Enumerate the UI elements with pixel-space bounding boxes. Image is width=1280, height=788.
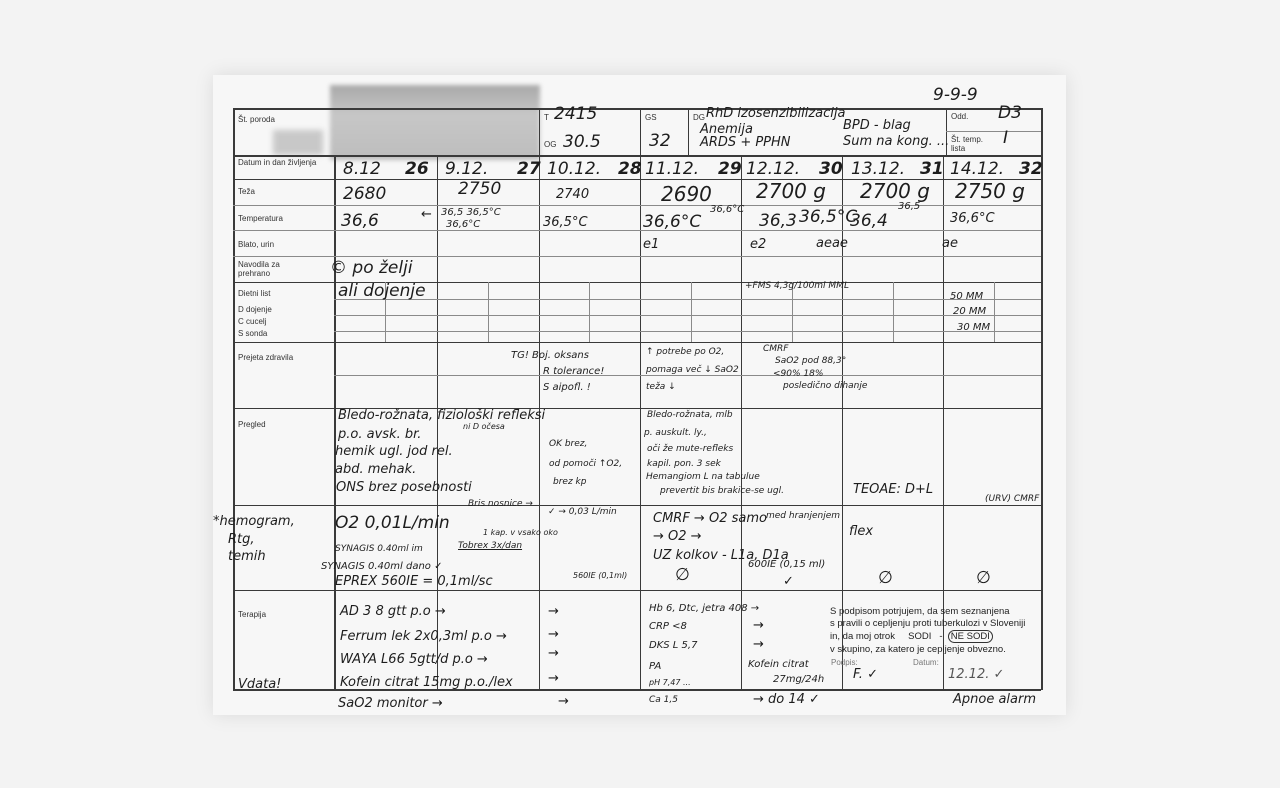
grid-line [334, 315, 1041, 316]
label-st-poroda: Št. poroda [238, 115, 275, 124]
value-odd: D3 [998, 105, 1022, 122]
temp-day-3: 36,5°C [543, 216, 588, 229]
meds-day-5-3: <90% 18% [773, 370, 823, 379]
grid-line [688, 108, 689, 155]
exam-day-4-5: Hemangiom L na tabulue [646, 473, 760, 482]
value-og: 30.5 [563, 134, 601, 151]
label-dietni: Dietni list [238, 289, 270, 298]
temp-day-5: 36,3 [759, 213, 797, 230]
temp-day-4: 36,6°C [643, 214, 701, 231]
diag-label-1: *hemogram, [213, 515, 295, 528]
grid-line [233, 108, 235, 690]
diag-day-6-2: ∅ [878, 570, 893, 587]
stool-day-5: e2 [750, 238, 766, 251]
diag-day-5-2: 600IE (0,15 ml) [748, 560, 825, 570]
grid-line [994, 282, 995, 342]
meds-day-4-1: ↑ potrebe po O2, [646, 348, 724, 357]
exam-day-4-1: Bledo-rožnata, mlb [647, 411, 733, 420]
dg-right-1: BPD - blag [843, 119, 911, 132]
exam-day-4-6: prevertit bis brakice-se ugl. [660, 487, 784, 496]
date-day-5: 12.12. [746, 161, 800, 178]
day-number-1: 26 [405, 161, 429, 178]
therapy-day-4-3: DKS L 5,7 [649, 641, 697, 651]
exam-day-1-1: Bledo-rožnata, fiziološki refleksi [338, 409, 545, 422]
therapy-day-5-1: → [753, 619, 764, 632]
grid-line [233, 256, 1041, 257]
temperature-chart-form: 9-9-9 Št. poroda T 2415 OG 30.5 GS 32 DG… [213, 75, 1066, 715]
temp-arrow: ← [421, 208, 432, 221]
therapy-extra: SaO2 monitor → [338, 697, 443, 710]
dietni-legend-d: D dojenje [238, 305, 272, 314]
diag-day-4-1: CMRF → O2 samo [653, 512, 767, 525]
weight-day-6: 2700 g [860, 181, 930, 201]
diag-day-1-4: EPREX 560IE = 0,1ml/sc [335, 575, 493, 588]
date-day-4: 11.12. [645, 161, 699, 178]
grid-line [334, 155, 336, 689]
diet-day-7-a: 50 MM [950, 292, 983, 302]
bcg-separator: - [939, 631, 942, 642]
weight-day-5: 2700 g [756, 181, 826, 201]
grid-line [334, 375, 1041, 376]
exam-day-1-2: p.o. avsk. br. [338, 428, 421, 441]
therapy-day-5-2: → [753, 638, 764, 651]
temp-day-6: 36,5°C [799, 209, 857, 226]
meds-day-4-3: teža ↓ [646, 383, 676, 392]
grid-line [946, 131, 1041, 132]
grid-line [488, 282, 489, 342]
exam-day-1-4: abd. mehak. [335, 463, 416, 476]
feeding-instruction: © po želji [330, 260, 413, 277]
label-og: OG [544, 140, 556, 149]
grid-line [589, 282, 590, 342]
diag-label-2: Rtg, [228, 533, 255, 546]
grid-line [640, 108, 641, 155]
label-blato: Blato, urin [238, 240, 274, 249]
grid-line [691, 282, 692, 342]
label-t: T [544, 113, 549, 122]
label-pregled: Pregled [238, 420, 266, 429]
diag-day-2-1: Bris nosnice → [468, 500, 533, 509]
bcg-consent-line-2: s pravili o cepljenju proti tuberkulozi … [830, 618, 1025, 630]
bcg-datum-label: Datum: [913, 658, 939, 667]
diet-day-5: +FMS 4,3g/100ml MML [745, 282, 849, 291]
temp-day-2-b: 36,6°C [446, 220, 480, 230]
weight-day-2: 2750 [458, 181, 501, 198]
day-number-2: 27 [517, 161, 541, 178]
top-note: 9-9-9 [933, 87, 978, 104]
diag-day-7: ∅ [976, 570, 991, 587]
exam-day-6: TEOAE: D+L [853, 483, 933, 496]
therapy-day-1-1: AD 3 8 gtt p.o → [340, 605, 446, 618]
temp-day-1: 36,6 [341, 213, 379, 230]
diet-day-1: ali dojenje [338, 283, 426, 300]
temp-day-5-sup: 36,6°C [710, 205, 744, 215]
bcg-option-sodi: SODI [908, 631, 931, 642]
grid-line [334, 299, 1041, 300]
meds-day-3-3: S aipofl. ! [543, 383, 591, 393]
exam-day-4-2: p. auskult. ly., [644, 429, 707, 438]
exam-day-1-3: hemik ugl. jod rel. [335, 445, 453, 458]
diag-day-5-3: ✓ [783, 575, 794, 588]
bcg-consent-line-4: v skupino, za katero je cepljenje obvezn… [830, 644, 1006, 656]
redacted-birth-number [273, 130, 323, 155]
label-odd: Odd. [951, 112, 968, 121]
label-prejeta: Prejeta zdravila [238, 353, 293, 362]
grid-line [233, 590, 1041, 591]
label-st-temp-lista: Št. temp. lista [951, 135, 987, 153]
therapy-day-5-3: Kofein citrat [748, 660, 809, 670]
meds-day-3-2: R tolerance! [543, 367, 604, 377]
therapy-day-3-5: → [558, 695, 569, 708]
therapy-day-3-4: → [548, 672, 559, 685]
stool-day-6: aeae [816, 237, 848, 250]
meds-day-3-1: TG! Boj. oksans [511, 351, 589, 361]
therapy-day-1-2: Ferrum lek 2x0,3ml p.o → [340, 630, 507, 643]
value-gs: 32 [649, 133, 671, 150]
stool-day-7: ae [942, 237, 958, 250]
dg-right-2: Sum na kong. ... [843, 135, 949, 148]
therapy-day-4-2: CRP <8 [649, 622, 687, 632]
therapy-day-3-2: → [548, 628, 559, 641]
grid-line [233, 505, 1041, 506]
date-day-7: 14.12. [950, 161, 1004, 178]
bcg-podpis-label: Podpis: [831, 658, 858, 667]
label-gs: GS [645, 113, 657, 122]
meds-day-5-1: CMRF [763, 345, 788, 354]
exam-day-3-3: brez kp [553, 478, 586, 487]
date-day-2: 9.12. [445, 161, 488, 178]
date-day-1: 8.12 [343, 161, 381, 178]
exam-day-4-3: oči že mute-refleks [647, 445, 733, 454]
grid-line [1041, 108, 1043, 690]
weight-day-3: 2740 [556, 188, 589, 201]
day-number-5: 30 [819, 161, 843, 178]
bcg-signature: F. ✓ [853, 668, 878, 681]
diag-day-3-2: 560IE (0,1ml) [573, 572, 627, 580]
day-number-4: 29 [718, 161, 742, 178]
value-st-temp-lista: I [1003, 130, 1008, 147]
therapy-day-4-6: Ca 1,5 [649, 696, 678, 705]
diag-day-4-2: → O2 → [653, 530, 702, 543]
redacted-patient-name [330, 85, 540, 160]
dg-line-3: ARDS + PPHN [700, 136, 791, 149]
day-number-3: 28 [618, 161, 642, 178]
diag-day-6-1: flex [849, 525, 873, 538]
meds-day-5-4: posledično dihanje [783, 382, 867, 391]
therapy-day-3-3: → [548, 647, 559, 660]
dietni-legend-c: C cucelj [238, 317, 266, 326]
label-terapija: Terapija [238, 610, 266, 619]
therapy-day-4-5: pH 7,47 ... [649, 679, 691, 687]
dg-line-1: RhD izosenzibilizacija [706, 107, 845, 120]
therapy-day-4-1: Hb 6, Dtc, jetra 408 → [649, 604, 759, 614]
stool-day-4: e1 [643, 238, 659, 251]
label-teza: Teža [238, 187, 255, 196]
weight-day-1: 2680 [343, 186, 386, 203]
temp-day-6-sup: 36,5 [898, 202, 920, 212]
value-t: 2415 [554, 106, 597, 123]
diag-day-1-1: O2 0,01L/min [335, 515, 450, 532]
grid-line [233, 342, 1041, 343]
exam-day-3-1: OK brez, [549, 440, 587, 449]
exam-day-4-4: kapil. pon. 3 sek [647, 460, 721, 469]
bcg-consent-line-1: S podpisom potrjujem, da sem seznanjena [830, 606, 1010, 618]
therapy-day-1-3: WAYA L66 5gtt/d p.o → [340, 653, 488, 666]
diet-day-7-c: 30 MM [957, 323, 990, 333]
label-dg: DG [693, 113, 705, 122]
grid-line [640, 155, 641, 689]
diag-label-3: temih [228, 550, 266, 563]
dietni-legend-s: S sonda [238, 329, 267, 338]
weight-day-4: 2690 [661, 184, 712, 204]
exam-day-1-note: ni D očesa [463, 423, 505, 431]
temp-day-7: 36,6°C [950, 212, 995, 225]
therapy-day-5-4: 27mg/24h [773, 675, 824, 685]
diag-day-1-2: SYNAGIS 0.40ml im [335, 545, 423, 554]
weight-day-7: 2750 g [955, 181, 1025, 201]
grid-line [233, 108, 1041, 110]
bcg-consent-line-3: in, da moj otrok SODI - NE SODI [830, 631, 993, 643]
grid-line [893, 282, 894, 342]
therapy-note: Vdata! [238, 678, 281, 691]
temp-day-6-b: 36,4 [850, 213, 888, 230]
therapy-day-4-4: PA [649, 662, 661, 672]
grid-line [334, 331, 1041, 332]
date-day-3: 10.12. [547, 161, 601, 178]
exam-day-1-5: ONS brez posebnosti [336, 481, 472, 494]
temp-day-2-a: 36,5 36,5°C [441, 208, 501, 218]
grid-line [539, 108, 540, 155]
label-navodila: Navodila za prehrano [238, 260, 308, 278]
exam-day-3-2: od pomoči ↑O2, [549, 460, 622, 469]
bcg-line3-text: in, da moj otrok [830, 631, 895, 642]
therapy-day-1-4: Kofein citrat 15mg p.o./lex [340, 676, 513, 689]
meds-day-4-2: pomaga več ↓ SaO2 [646, 366, 739, 375]
label-datum: Datum in dan življenja [238, 158, 328, 167]
diag-day-2-2: Tobrex 3x/dan [458, 542, 522, 551]
meds-day-5-2: SaO2 pod 88,3° [775, 357, 846, 366]
diet-day-7-b: 20 MM [953, 307, 986, 317]
bcg-date: 12.12. ✓ [948, 668, 1004, 681]
diag-day-2-3: 1 kap. v vsako oko [483, 529, 558, 537]
grid-line [792, 282, 793, 342]
diag-day-5-1: med hranjenjem [766, 512, 840, 521]
bcg-option-ne-sodi: NE SODI [948, 630, 993, 643]
diag-day-4-4: ∅ [675, 567, 690, 584]
exam-day-7: (URV) CMRF [985, 495, 1039, 504]
label-temperatura: Temperatura [238, 214, 283, 223]
therapy-day-5-5: → do 14 ✓ [753, 693, 820, 706]
grid-line [233, 155, 1041, 157]
diag-day-3-1: ✓ → 0,03 L/min [548, 508, 617, 517]
diag-day-1-3: SYNAGIS 0.40ml dano ✓ [321, 562, 442, 572]
apnoe-alarm-note: Apnoe alarm [953, 693, 1036, 706]
day-number-6: 31 [920, 161, 944, 178]
date-day-6: 13.12. [851, 161, 905, 178]
day-number-7: 32 [1019, 161, 1043, 178]
therapy-day-3-1: → [548, 605, 559, 618]
